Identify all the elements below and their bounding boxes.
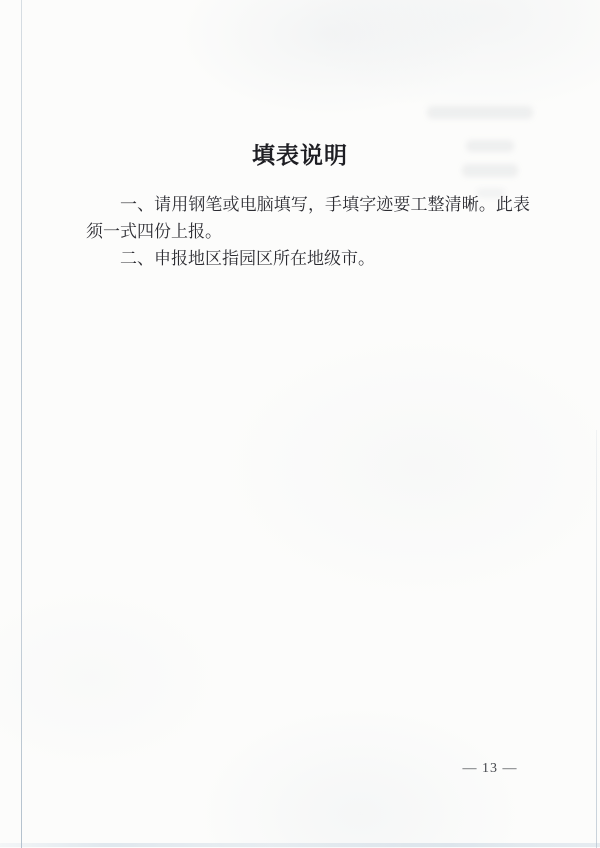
instruction-paragraph-1: 一、请用钢笔或电脑填写，手填字迹要工整清晰。此表须一式四份上报。 <box>86 191 530 245</box>
instruction-paragraph-2: 二、申报地区指园区所在地级市。 <box>86 245 530 272</box>
ink-bleedthrough-smudge <box>427 106 533 119</box>
instructions-body: 一、请用钢笔或电脑填写，手填字迹要工整清晰。此表须一式四份上报。 二、申报地区指… <box>86 191 530 272</box>
scan-edge-bottom-line <box>0 843 600 847</box>
scan-edge-right-line <box>596 430 597 848</box>
scan-edge-left-line <box>21 0 22 848</box>
scanned-document-page: 填表说明 一、请用钢笔或电脑填写，手填字迹要工整清晰。此表须一式四份上报。 二、… <box>0 0 600 848</box>
paper-scan-texture <box>0 0 600 848</box>
page-number: — 13 — <box>430 760 550 777</box>
document-title: 填表说明 <box>0 143 600 169</box>
